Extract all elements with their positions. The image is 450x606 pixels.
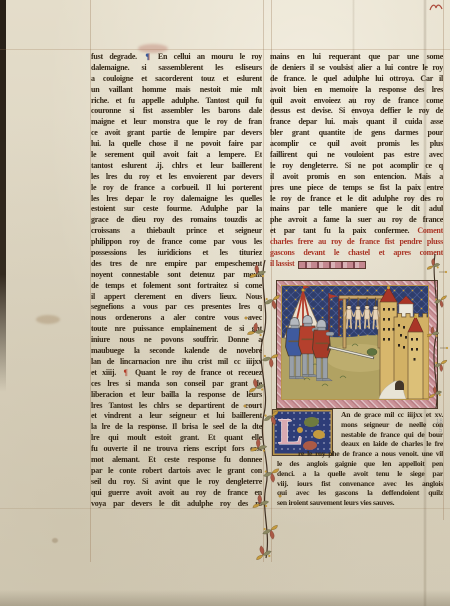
text-line: dessus est devise. Si envoya deffier le … xyxy=(270,106,443,117)
text-line: charles frere au roy de france fist pend… xyxy=(270,237,443,248)
miniature-scene xyxy=(282,286,428,399)
text-line: le roy de france et le dit adulphe roy d… xyxy=(270,194,443,205)
text-line: dalemaigne. si sassemblerent les esliseu… xyxy=(91,63,262,74)
text-line: denci. a la quelle avoit tenu le siege p… xyxy=(277,469,443,479)
text-line: nous ordenerons a aler contre vous avec xyxy=(91,313,262,324)
text-line: lan de lincarnacion nre ihu crist mil cc… xyxy=(91,357,262,368)
page-edge-shadow xyxy=(0,0,6,392)
text-line: lui. la quelle chose il ne povoit faire … xyxy=(91,139,262,150)
text-line: la lre de la response. Il brisa le seel … xyxy=(91,422,262,433)
text-line: acomplir ce quil avoit promis les plus xyxy=(270,139,443,150)
miniature-svg xyxy=(282,286,428,399)
text-line: viij. iours fist convenance avec les ang… xyxy=(277,479,443,489)
ruling-line xyxy=(0,49,450,50)
text-line: gascons devant le chastel et apres comen… xyxy=(270,248,443,259)
text-line: sen iroient sauvement leurs vies sauves. xyxy=(277,498,443,508)
text-line: de temps et folement sont fortraitez si … xyxy=(91,281,262,292)
ivy-border-right xyxy=(427,252,449,412)
gold-dot-flourishes xyxy=(439,271,448,349)
text-line: france depar lui. mais quant il cuida as… xyxy=(270,117,443,128)
text-line: couronne si fist assembler les barons da… xyxy=(91,106,262,117)
text-line: et par tant fu la paix confermee. Coment xyxy=(270,226,443,237)
text-line: le roy de france a corbueil. Il lui port… xyxy=(91,183,262,194)
text-line: grace de dieu roy des romains touzdis ac xyxy=(91,215,262,226)
text-line: deaux en laide de charles le fre xyxy=(341,439,443,449)
text-line: segnefions a vous par ces presentes lres… xyxy=(91,302,262,313)
text-line: et vindrent a leur seigneur et lui baill… xyxy=(91,411,262,422)
text-line: mons seigneur de neelle con xyxy=(341,420,443,430)
text-line: un vaillant homme mais nestoit mie mlt xyxy=(91,85,262,96)
text-column-right-bottom: An de grace mil cc iiijxx et xv.mons sei… xyxy=(277,410,443,508)
text-line: mains par telle maniere que le dit adul xyxy=(270,204,443,215)
text-line: il lassist xyxy=(270,259,443,270)
text-line: noyent connestable sont detenuz par moul… xyxy=(91,270,262,281)
text-line: possessions les iuridicions et les titur… xyxy=(91,248,262,259)
text-line: croissans a thiebault prince et seigneur xyxy=(91,226,262,237)
pencil-mark: 5 xyxy=(439,428,442,434)
text-line: avoit bien en memoire la response des lr… xyxy=(270,85,443,96)
text-line: maubuege la seconde kalende de novebre xyxy=(91,346,262,357)
text-line: lre qui moult estoit grant. Et quant ell… xyxy=(91,433,262,444)
text-line: bler grant quantite de gens darmes pour xyxy=(270,128,443,139)
text-line: qui avec les gascons la deffendoient qui… xyxy=(277,488,443,498)
text-line: ces lres si manda son conseil par grant … xyxy=(91,379,262,390)
text-line: iniure nous ne povons souffrir. Donne a xyxy=(91,335,262,346)
pencil-mark: 18 xyxy=(436,419,443,425)
text-line: nestable de france qui de bour xyxy=(341,430,443,440)
text-line: fu ouverte il ne trouva riens escript fo… xyxy=(91,444,262,455)
text-line: il appert clerement en divers lieux. Nou… xyxy=(91,292,262,303)
text-line: mains en lui requerant que par une some xyxy=(270,52,443,63)
text-line: seil du roy. Si avint que le roy denglet… xyxy=(91,477,262,488)
text-line: le serement quil avoit fait a lempere. E… xyxy=(91,150,262,161)
text-line: phe avroit a fame la suer au roy de fran… xyxy=(270,215,443,226)
text-line: pres une piece de temps se fist la paix … xyxy=(270,183,443,194)
text-line: maigne et leur monstra que le roy de fra… xyxy=(91,117,262,128)
text-line: liberacion et leur bailla la response de… xyxy=(91,390,262,401)
text-line: re le roy phe de france a nous venoit. u… xyxy=(298,449,443,459)
text-line: mot alemant. Et ceste response fu donnee xyxy=(91,455,262,466)
text-line: les lres du roy et les envoierent par de… xyxy=(91,172,262,183)
text-line: et xiiij. ¶ Quant le roy de france ot re… xyxy=(91,368,262,379)
folio-mark xyxy=(429,2,443,12)
text-line: il avoit promis en son entencion. Mais a xyxy=(270,172,443,183)
text-line: philippon roy de france come par vous le… xyxy=(91,237,262,248)
text-line: lres Tantost les chlrs se departirent de… xyxy=(91,401,262,412)
text-column-right: mains en lui requerant que par une somed… xyxy=(270,52,443,270)
text-line: tantost eslurent .ij. chlrs et leur bail… xyxy=(91,161,262,172)
castle-gate xyxy=(395,381,404,391)
miniature xyxy=(277,281,437,408)
text-line: fust degrade. ¶ En cellui an mouru le ro… xyxy=(91,52,262,63)
text-line: par le conte robert dartois avec le gran… xyxy=(91,466,262,477)
line-filler-bar xyxy=(298,261,366,269)
text-column-left: fust degrade. ¶ En cellui an mouru le ro… xyxy=(91,52,262,509)
text-line: toute nre puissance emplainement de si g… xyxy=(91,324,262,335)
text-line: quil avoit envoieez au roy de france com… xyxy=(270,96,443,107)
ivy-border-center xyxy=(240,258,288,560)
text-line: les lres depar le roy dalemaigne les que… xyxy=(91,194,262,205)
text-line: qui guerre avoit avoit au roy de france … xyxy=(91,488,262,499)
text-line: ce avoit grant partie de lempire par dev… xyxy=(91,128,262,139)
text-line: des tres de nre empire par empeschement xyxy=(91,259,262,270)
parchment-stain xyxy=(36,315,60,324)
text-line: a couloigne et sacorderent touz et eslur… xyxy=(91,74,262,85)
text-line: faillirent qui ne vouloient pas estre av… xyxy=(270,150,443,161)
text-line: voya par devers le dit adulphe roy des r… xyxy=(91,499,262,510)
manuscript-page: fust degrade. ¶ En cellui an mouru le ro… xyxy=(0,0,450,606)
text-line: le des anglois gaignie que len appelloit… xyxy=(277,459,443,469)
text-line: estoient sur ceste fourme. Adulphe par l… xyxy=(91,204,262,215)
text-line: de france. le quel adulphe lui ottroya. … xyxy=(270,74,443,85)
bush-icon xyxy=(367,349,377,356)
text-line: le roy dengleterre. Si ne pot acomplir c… xyxy=(270,161,443,172)
text-line: de deniers il se voulsist alier a lui co… xyxy=(270,63,443,74)
parchment-stain xyxy=(52,538,58,543)
text-line: riche. et fu appelle adulphe. Tantost qu… xyxy=(91,96,262,107)
